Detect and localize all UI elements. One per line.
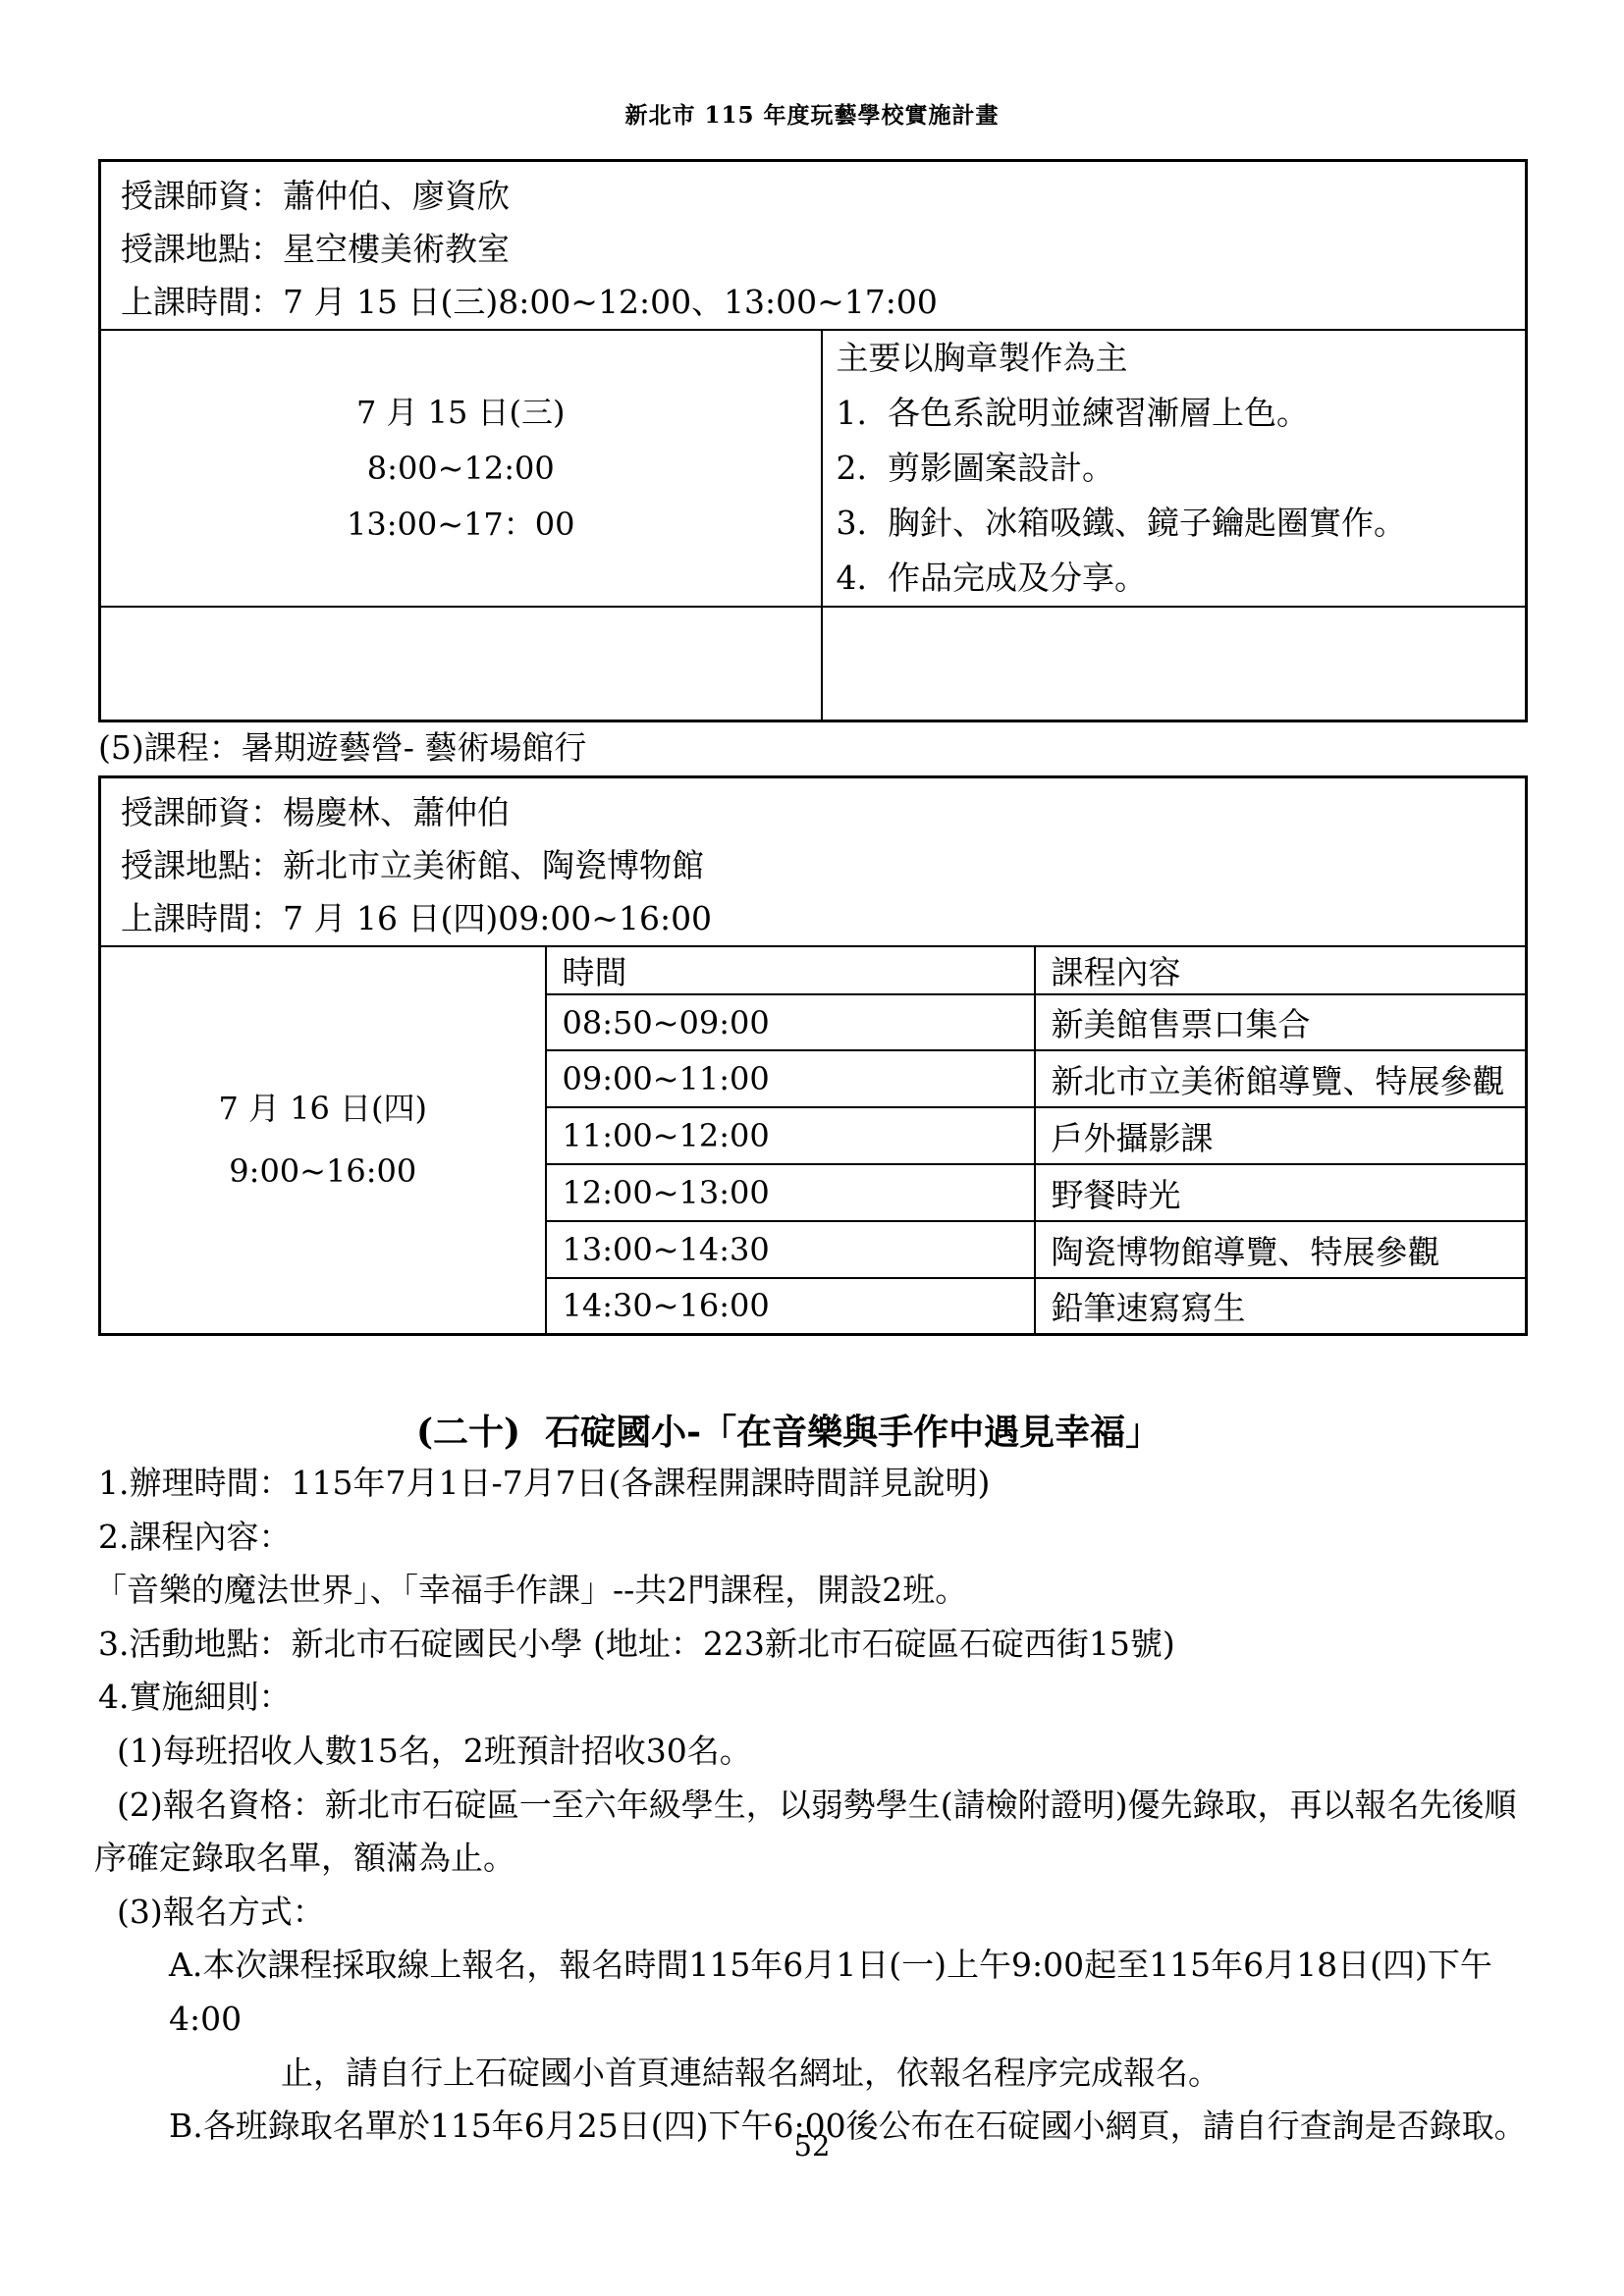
body-line-2: 2.課程內容：	[98, 1511, 1546, 1565]
course4-session-content-cell: 主要以胸章製作為主 1. 各色系說明並練習漸層上色。 2. 剪影圖案設計。 3.…	[822, 330, 1527, 607]
section-heading: (二十) 石碇國小-「在音樂與手作中遇見幸福」	[416, 1409, 1161, 1456]
course5-teacher-line: 授課師資：楊慶林、蕭仲伯	[121, 786, 1519, 839]
schedule-content: 新北市立美術館導覽、特展參觀	[1035, 1050, 1527, 1107]
schedule-time: 13:00~14:30	[546, 1221, 1035, 1278]
body-line-7: (2)報名資格：新北市石碇區一至六年級學生，以弱勢學生(請檢附證明)優先錄取，再…	[98, 1779, 1546, 1833]
schedule-time: 11:00~12:00	[546, 1107, 1035, 1164]
schedule-content: 戶外攝影課	[1035, 1107, 1527, 1164]
course4-table: 授課師資：蕭仲伯、廖資欣 授課地點：星空樓美術教室 上課時間：7 月 15 日(…	[98, 159, 1528, 722]
course5-location-line: 授課地點：新北市立美術館、陶瓷博物館	[121, 839, 1519, 892]
course5-date-line: 7 月 16 日(四)	[101, 1077, 545, 1140]
schedule-time: 09:00~11:00	[546, 1050, 1035, 1107]
session-time-line-1: 8:00~12:00	[101, 441, 821, 497]
course5-hours-line: 9:00~16:00	[101, 1140, 545, 1202]
schedule-col-header-time: 時間	[546, 946, 1035, 994]
schedule-time: 08:50~09:00	[546, 994, 1035, 1050]
course5-info-cell: 授課師資：楊慶林、蕭仲伯 授課地點：新北市立美術館、陶瓷博物館 上課時間：7 月…	[100, 777, 1527, 947]
course5-time-line: 上課時間：7 月 16 日(四)09:00~16:00	[121, 892, 1519, 945]
empty-cell-left	[100, 607, 822, 721]
body-line-5: 4.實施細則：	[98, 1671, 1546, 1725]
content-item-2: 2. 剪影圖案設計。	[837, 441, 1526, 496]
page-number: 52	[0, 2128, 1624, 2163]
course5-table: 授課師資：楊慶林、蕭仲伯 授課地點：新北市立美術館、陶瓷博物館 上課時間：7 月…	[98, 775, 1528, 1336]
section-body: 1.辦理時間：115年7月1日-7月7日(各課程開課時間詳見說明) 2.課程內容…	[98, 1457, 1546, 2154]
body-line-3: 「音樂的魔法世界」、「幸福手作課」--共2門課程，開設2班。	[94, 1564, 1546, 1618]
empty-cell-right	[822, 607, 1527, 721]
doc-header-title: 新北市 115 年度玩藝學校實施計畫	[0, 101, 1624, 131]
course4-time-line: 上課時間：7 月 15 日(三)8:00~12:00、13:00~17:00	[121, 276, 1519, 329]
course4-info-cell: 授課師資：蕭仲伯、廖資欣 授課地點：星空樓美術教室 上課時間：7 月 15 日(…	[100, 161, 1527, 331]
course5-date-cell: 7 月 16 日(四) 9:00~16:00	[100, 946, 546, 1334]
body-line-9: (3)報名方式：	[98, 1886, 1546, 1940]
session-date-line: 7 月 15 日(三)	[101, 385, 821, 441]
schedule-content: 新美館售票口集合	[1035, 994, 1527, 1050]
schedule-col-header-content: 課程內容	[1035, 946, 1527, 994]
schedule-content: 野餐時光	[1035, 1164, 1527, 1221]
content-item-4: 4. 作品完成及分享。	[837, 551, 1526, 606]
content-item-1: 1. 各色系說明並練習漸層上色。	[837, 386, 1526, 441]
schedule-time: 12:00~13:00	[546, 1164, 1035, 1221]
session-time-line-2: 13:00~17：00	[101, 497, 821, 553]
schedule-content: 陶瓷博物館導覽、特展參觀	[1035, 1221, 1527, 1278]
course4-session-date-cell: 7 月 15 日(三) 8:00~12:00 13:00~17：00	[100, 330, 822, 607]
body-line-8: 序確定錄取名單，額滿為止。	[94, 1832, 1546, 1886]
course4-teacher-line: 授課師資：蕭仲伯、廖資欣	[121, 170, 1519, 223]
course5-title: (5)課程：暑期遊藝營- 藝術場館行	[98, 724, 586, 772]
body-line-6: (1)每班招收人數15名，2班預計招收30名。	[98, 1725, 1546, 1779]
body-line-11: 止，請自行上石碇國小首頁連結報名網址，依報名程序完成報名。	[98, 2047, 1546, 2101]
schedule-content: 鉛筆速寫寫生	[1035, 1278, 1527, 1334]
course4-location-line: 授課地點：星空樓美術教室	[121, 223, 1519, 276]
content-item-3: 3. 胸針、冰箱吸鐵、鏡子鑰匙圈實作。	[837, 496, 1526, 551]
schedule-time: 14:30~16:00	[546, 1278, 1035, 1334]
content-intro-line: 主要以胸章製作為主	[837, 331, 1526, 386]
document-page: 新北市 115 年度玩藝學校實施計畫 授課師資：蕭仲伯、廖資欣 授課地點：星空樓…	[0, 0, 1624, 2296]
body-line-4: 3.活動地點：新北市石碇國民小學 (地址：223新北市石碇區石碇西街15號)	[98, 1618, 1546, 1672]
body-line-1: 1.辦理時間：115年7月1日-7月7日(各課程開課時間詳見說明)	[98, 1457, 1546, 1511]
body-line-10: A.本次課程採取線上報名，報名時間115年6月1日(一)上午9:00起至115年…	[98, 1939, 1546, 2046]
